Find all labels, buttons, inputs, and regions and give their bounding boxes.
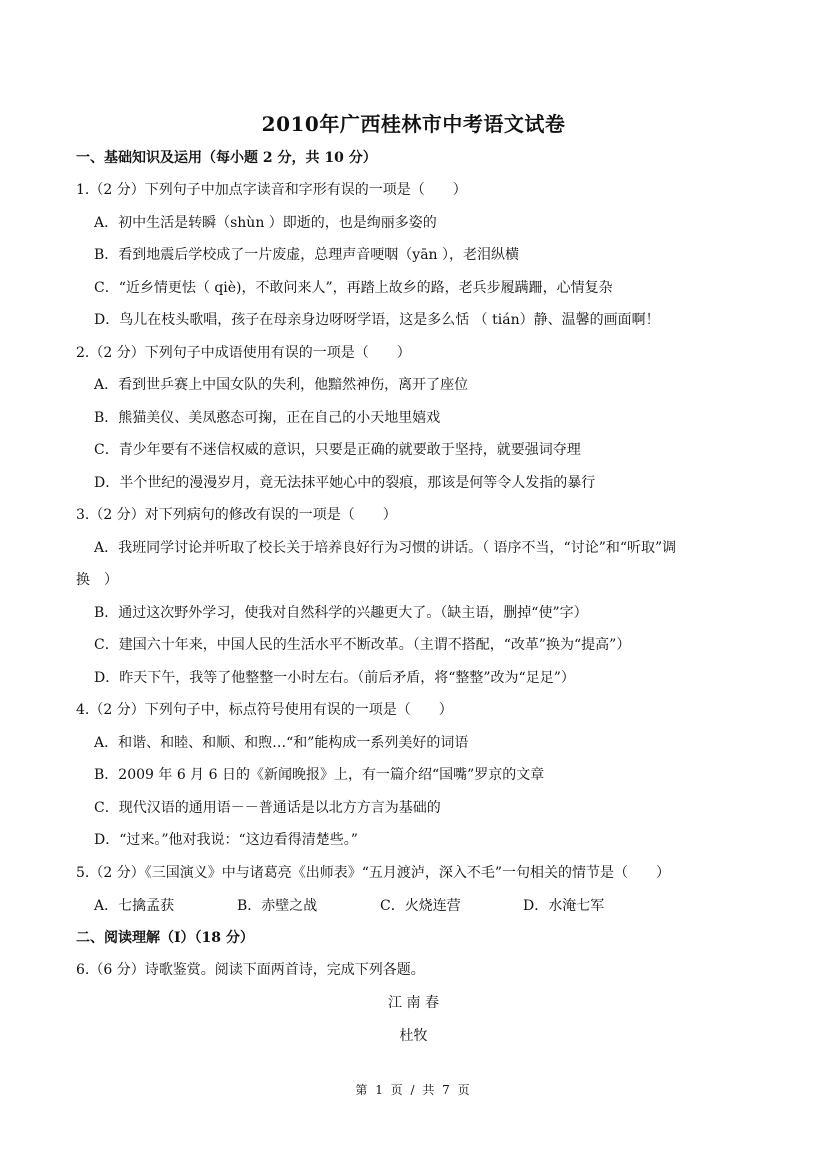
question-2-option-c: C．青少年要有不迷信权威的意识，只要是正确的就要敢于坚持，就要强词夺理 bbox=[94, 440, 581, 460]
question-2-option-b: B．熊猫美仪、美凤憨态可掬，正在自己的小天地里嬉戏 bbox=[94, 408, 440, 428]
question-2-stem: 2.（2 分）下列句子中成语使用有误的一项是（ ） bbox=[76, 343, 411, 363]
question-4-option-d: D．“过来。”他对我说：“这边看得清楚些。” bbox=[94, 830, 358, 850]
question-3-option-a-continuation: 换 ） bbox=[76, 570, 118, 590]
question-3-option-b: B．通过这次野外学习，使我对自然科学的兴趣更大了。（缺主语，删掉“使”字） bbox=[94, 603, 588, 623]
exam-page: 2010年广西桂林市中考语文试卷 一、基础知识及运用（每小题 2 分，共 10 … bbox=[0, 0, 827, 1169]
question-4-stem: 4.（2 分）下列句子中，标点符号使用有误的一项是（ ） bbox=[76, 700, 453, 720]
page-footer: 第 1 页 / 共 7 页 bbox=[0, 1081, 827, 1098]
question-5-stem: 5.（2 分）《三国演义》中与诸葛亮《出师表》“五月渡泸，深入不毛”一句相关的情… bbox=[76, 863, 670, 883]
question-5-option-c: C．火烧连营 bbox=[380, 896, 523, 916]
question-2-option-a: A．看到世乒赛上中国女队的失利，他黯然神伤，离开了座位 bbox=[94, 375, 468, 395]
question-3-option-c: C．建国六十年来，中国人民的生活水平不断改革。（主谓不搭配，“改革”换为“提高”… bbox=[94, 635, 630, 655]
poem-author: 杜牧 bbox=[0, 1026, 827, 1046]
question-2-option-d: D．半个世纪的漫漫岁月，竟无法抹平她心中的裂痕，那该是何等令人发指的暴行 bbox=[94, 473, 595, 493]
section-heading-1: 一、基础知识及运用（每小题 2 分，共 10 分） bbox=[76, 148, 377, 168]
question-1-stem: 1.（2 分）下列句子中加点字读音和字形有误的一项是（ ） bbox=[76, 180, 467, 200]
poem-title: 江 南 春 bbox=[0, 993, 827, 1013]
exam-title: 2010年广西桂林市中考语文试卷 bbox=[0, 108, 827, 137]
question-3-option-a: A．我班同学讨论并听取了校长关于培养良好行为习惯的讲话。（ 语序不当，“讨论”和… bbox=[94, 538, 676, 558]
question-5-option-b: B．赤壁之战 bbox=[237, 896, 380, 916]
question-1-option-b: B．看到地震后学校成了一片废虚，总理声音哽咽（yān ），老泪纵横 bbox=[94, 245, 519, 265]
question-1-option-d: D．鸟儿在枝头歌唱，孩子在母亲身边呀呀学语，这是多么恬 （ tián）静、温馨的… bbox=[94, 310, 660, 330]
question-6-stem: 6.（6 分）诗歌鉴赏。阅读下面两首诗，完成下列各题。 bbox=[76, 960, 425, 980]
question-3-option-d: D．昨天下午，我等了他整整一小时左右。（前后矛盾，将“整整”改为“足足”） bbox=[94, 668, 575, 688]
question-5-option-a: A．七擒孟获 bbox=[94, 896, 237, 916]
question-1-option-c: C．“近乡情更怯（ qiè)，不敢问来人”，再踏上故乡的路，老兵步履蹒跚，心情复… bbox=[94, 278, 613, 298]
question-4-option-b: B．2009 年 6 月 6 日的《新闻晚报》上，有一篇介绍“国嘴”罗京的文章 bbox=[94, 765, 544, 785]
question-3-stem: 3.（2 分）对下列病句的修改有误的一项是（ ） bbox=[76, 505, 397, 525]
question-5-options: A．七擒孟获 B．赤壁之战 C．火烧连营 D．水淹七军 bbox=[94, 896, 666, 916]
question-5-option-d: D．水淹七军 bbox=[523, 896, 666, 916]
question-4-option-a: A．和谐、和睦、和顺、和煦…“和”能构成一系列美好的词语 bbox=[94, 733, 468, 753]
section-heading-2: 二、阅读理解（Ⅰ）（18 分） bbox=[76, 928, 254, 948]
question-1-option-a: A．初中生活是转瞬（shùn ）即逝的，也是绚丽多姿的 bbox=[94, 213, 437, 233]
question-4-option-c: C．现代汉语的通用语－－普通话是以北方方言为基础的 bbox=[94, 798, 441, 818]
